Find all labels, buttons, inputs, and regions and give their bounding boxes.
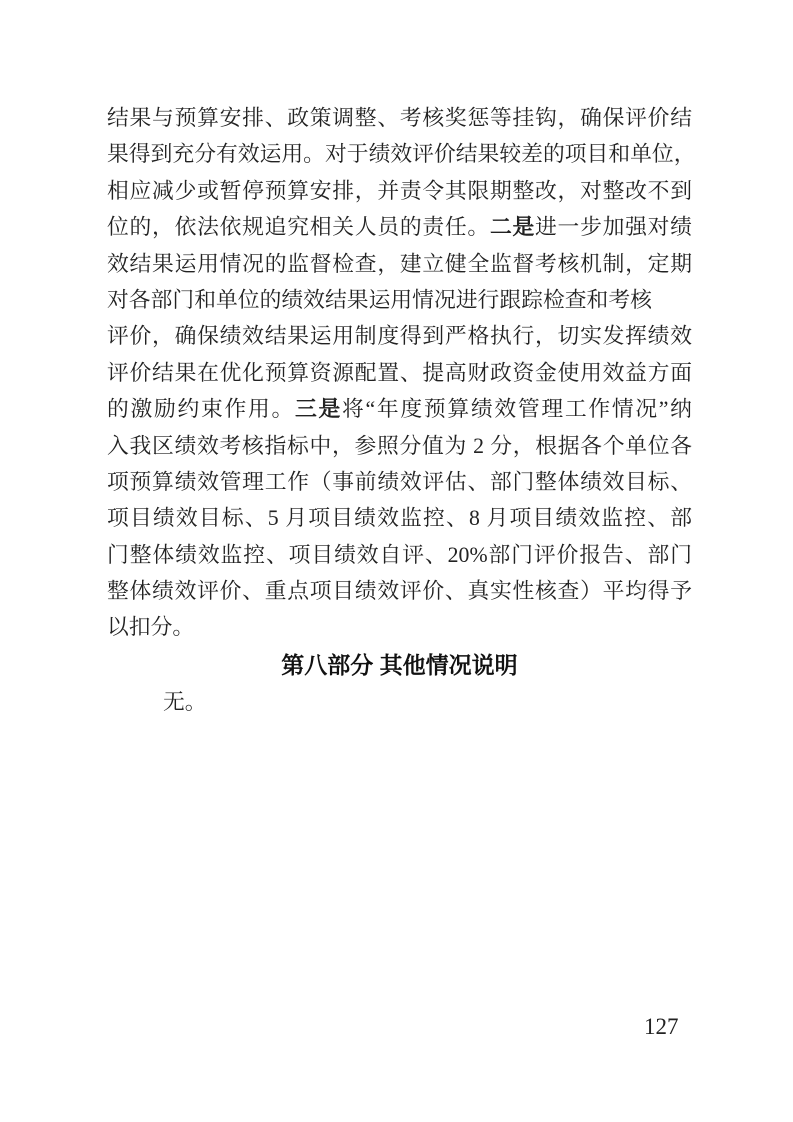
- text-segment: 将“年度预算绩效管理工作情况”纳: [342, 397, 692, 421]
- paragraph-line: 位的，依法依规追究相关人员的责任。二是进一步加强对绩: [107, 209, 692, 245]
- document-page: 结果与预算安排、政策调整、考核奖惩等挂钩，确保评价结果得到充分有效运用。对于绩效…: [0, 0, 793, 1122]
- paragraph-line: 以扣分。: [107, 609, 692, 645]
- text-segment: 果得到充分有效运用。对于绩效评价结果较差的项目和单位，: [107, 142, 696, 166]
- bold-text-segment: 二是: [490, 215, 535, 239]
- closing-paragraph: 无。: [107, 684, 692, 720]
- paragraph-line: 效结果运用情况的监督检查，建立健全监督考核机制，定期: [107, 246, 692, 282]
- text-segment: 结果与预算安排、政策调整、考核奖惩等挂钩，确保评价结: [107, 106, 692, 130]
- text-segment: 整体绩效评价、重点项目绩效评价、真实性核查）平均得予: [107, 579, 692, 603]
- paragraph-line: 评价，确保绩效结果运用制度得到严格执行，切实发挥绩效: [107, 318, 692, 354]
- text-segment: 项预算绩效管理工作（事前绩效评估、部门整体绩效目标、: [107, 470, 692, 494]
- text-segment: 进一步加强对绩: [535, 215, 692, 239]
- bold-text-segment: 三是: [295, 397, 342, 421]
- text-segment: 门整体绩效监控、项目绩效自评、20%部门评价报告、部门: [107, 543, 692, 567]
- page-number: 127: [644, 1013, 679, 1041]
- paragraph-line: 对各部门和单位的绩效结果运用情况进行跟踪检查和考核: [107, 282, 692, 318]
- text-segment: 评价，确保绩效结果运用制度得到严格执行，切实发挥绩效: [107, 324, 692, 348]
- paragraph-line: 的激励约束作用。三是将“年度预算绩效管理工作情况”纳: [107, 391, 692, 427]
- text-segment: 的激励约束作用。: [107, 397, 295, 421]
- paragraph-line: 门整体绩效监控、项目绩效自评、20%部门评价报告、部门: [107, 537, 692, 573]
- paragraph-line: 结果与预算安排、政策调整、考核奖惩等挂钩，确保评价结: [107, 100, 692, 136]
- text-segment: 项目绩效目标、5 月项目绩效监控、8 月项目绩效监控、部: [107, 506, 692, 530]
- paragraph-line: 果得到充分有效运用。对于绩效评价结果较差的项目和单位，: [107, 136, 692, 172]
- section-heading: 第八部分 其他情况说明: [107, 646, 692, 684]
- text-segment: 入我区绩效考核指标中，参照分值为 2 分，根据各个单位各: [107, 434, 692, 458]
- paragraph-line: 入我区绩效考核指标中，参照分值为 2 分，根据各个单位各: [107, 428, 692, 464]
- text-segment: 效结果运用情况的监督检查，建立健全监督考核机制，定期: [107, 252, 692, 276]
- text-segment: 位的，依法依规追究相关人员的责任。: [107, 215, 490, 239]
- text-segment: 相应减少或暂停预算安排，并责令其限期整改，对整改不到: [107, 179, 692, 203]
- text-segment: 对各部门和单位的绩效结果运用情况进行跟踪检查和考核: [107, 288, 652, 312]
- paragraph-line: 评价结果在优化预算资源配置、提高财政资金使用效益方面: [107, 355, 692, 391]
- paragraph-line: 项目绩效目标、5 月项目绩效监控、8 月项目绩效监控、部: [107, 500, 692, 536]
- text-segment: 评价结果在优化预算资源配置、提高财政资金使用效益方面: [107, 361, 692, 385]
- paragraph-line: 整体绩效评价、重点项目绩效评价、真实性核查）平均得予: [107, 573, 692, 609]
- paragraph-line: 相应减少或暂停预算安排，并责令其限期整改，对整改不到: [107, 173, 692, 209]
- body-paragraph: 结果与预算安排、政策调整、考核奖惩等挂钩，确保评价结果得到充分有效运用。对于绩效…: [107, 100, 692, 646]
- text-segment: 以扣分。: [107, 615, 194, 639]
- closing-text: 无。: [163, 690, 207, 714]
- paragraph-line: 项预算绩效管理工作（事前绩效评估、部门整体绩效目标、: [107, 464, 692, 500]
